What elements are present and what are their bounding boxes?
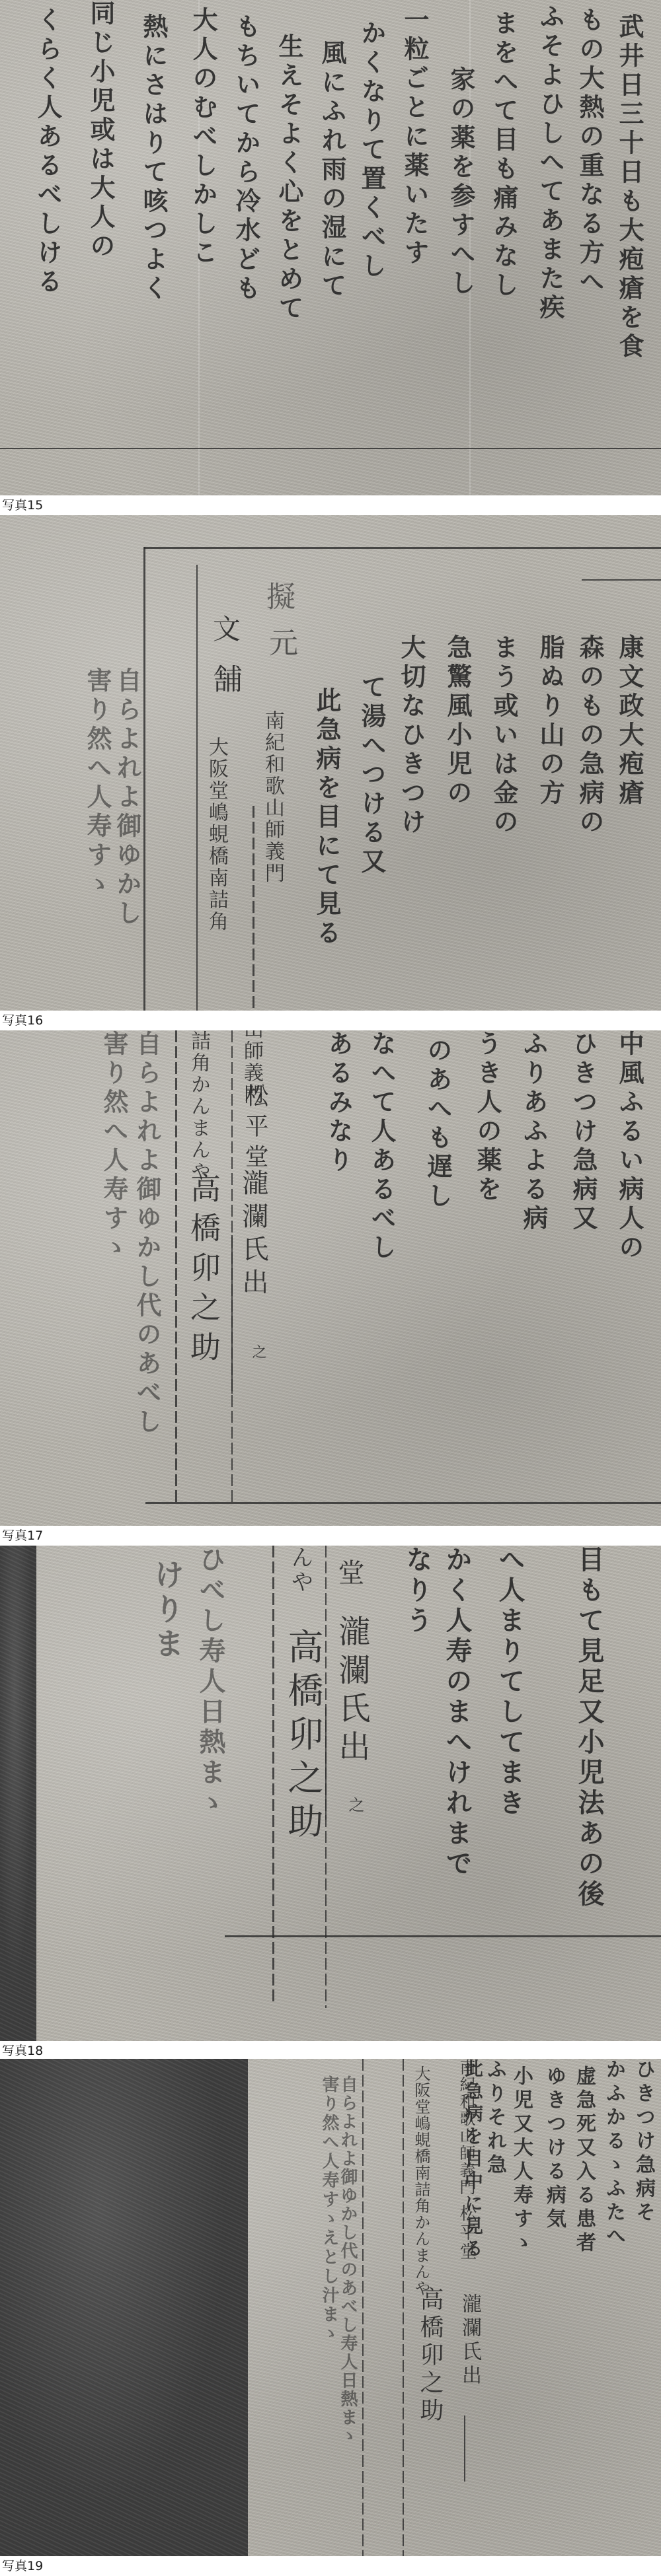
text-column: 脂ぬり山の方: [532, 634, 568, 808]
publisher-name: 瀧瀾氏出: [329, 1615, 375, 1768]
publisher-name: 瀧瀾氏出: [235, 1169, 272, 1301]
text-column: 家の薬を参すへし: [443, 66, 479, 299]
agent-name: 高橋卯之助: [413, 2287, 447, 2425]
photo-16: 康文政大疱瘡 森のもの急病の 脂ぬり山の方 まう或いは金の 急驚風小児の 大切な…: [0, 515, 661, 1011]
text-column: 風にふれ雨の湿にて: [314, 40, 350, 301]
agent-address: 大阪堂嶋蜆橋南詰角: [202, 736, 231, 933]
publisher-shop: 松平堂: [238, 1083, 272, 1174]
text-column: 害り然へ人寿すゝえとし汁まゝ: [317, 2075, 342, 2343]
text-column: へ人まりてしてまき: [491, 1546, 529, 1819]
text-column: 森のもの急病の: [572, 634, 608, 838]
frame-left-border: [272, 1546, 274, 2001]
agent-address: 詰角かんまんや: [184, 1030, 213, 1183]
text-column: 大切なひきつけ: [393, 634, 430, 838]
frame-heading-1: 擬: [256, 581, 299, 617]
frame-left-border: [175, 1030, 177, 1503]
text-column: ひきつけ急病又: [565, 1030, 602, 1234]
frame-divider: [362, 2059, 364, 2556]
text-column: くらく人あるべしける: [30, 7, 66, 297]
text-column: 目もて見足又小児法あの後: [570, 1546, 608, 1910]
publisher-shop: 松平堂: [455, 2204, 479, 2262]
caption-photo-19: 写真19: [0, 2556, 661, 2576]
frame-top-border: [144, 547, 661, 549]
frame-divider-short: [231, 1235, 233, 1394]
text-column: 一粒ごとに薬いたす: [397, 7, 433, 268]
text-column: ふそよひしへてあまた疾: [532, 3, 568, 323]
text-column: 大人のむべしかしこ: [185, 7, 221, 268]
caption-photo-17: 写真17: [0, 1526, 661, 1546]
text-column: あるみなり: [321, 1030, 357, 1176]
text-column: 同じ小児或は大人の: [83, 0, 119, 262]
frame-left-border: [403, 2059, 404, 2556]
text-column: ひきつけ急病そ: [629, 2059, 658, 2225]
text-column: 康文政大疱瘡: [611, 634, 648, 808]
frame-divider: [253, 806, 254, 1011]
text-column: て湯へつける又: [354, 674, 390, 877]
text-column: ゆきつける病気: [539, 2065, 568, 2232]
frame-bottom-border: [225, 1935, 661, 1937]
caption-photo-18: 写真18: [0, 2041, 661, 2061]
text-column: かく人寿のまへけれまで: [438, 1546, 476, 1880]
agent-name: 高橋卯之助: [182, 1172, 225, 1371]
text-column: かくなりて置くべし: [354, 20, 390, 281]
frame-heading-2: 元: [259, 627, 301, 663]
text-column: 中風ふるい病人の: [611, 1030, 648, 1263]
frame-inner-left: [196, 565, 198, 1011]
publisher-address: 南紀和歌山師義門: [455, 2059, 478, 2196]
border-line: [0, 448, 661, 449]
photo-19: ひきつけ急病そ かふかるゝふたへ 虚急死又入る患者 ゆきつける病気 小児又大人寿…: [0, 2059, 661, 2556]
publisher-shop: 堂: [330, 1559, 368, 1592]
shop-label-1: 文: [205, 614, 245, 649]
text-column: なりう: [399, 1546, 436, 1637]
publisher-suffix: 之: [344, 1797, 367, 1814]
frame-inner-top: [582, 579, 661, 581]
photo-17: 中風ふるい病人の ひきつけ急病又 ふりあふよる病 うき人の薬を のあへも遅し な…: [0, 1030, 661, 1526]
agent-name: 高橋卯之助: [278, 1628, 329, 1846]
dark-backing: [0, 1546, 36, 2041]
text-column: ひべし寿人日熱まゝ: [192, 1546, 229, 1819]
text-column: うき人の薬を: [469, 1030, 506, 1205]
text-column: のあへも遅し: [420, 1037, 456, 1211]
publisher-address: 南紀和歌山師義門: [258, 710, 287, 884]
text-column: 害り然へ人寿すゝ: [96, 1030, 132, 1263]
agent-address: 大阪堂嶋蜆橋南詰角かんまんや: [410, 2065, 433, 2297]
text-column: 害り然へ人寿すゝ: [79, 667, 116, 900]
photo-18: 目もて見足又小児法あの後 へ人まりてしてまき かく人寿のまへけれまで なりう 堂…: [0, 1546, 661, 2041]
text-column: まう或いは金の: [486, 634, 522, 838]
text-column: 此急病を目にて見る: [309, 687, 345, 948]
text-column: 小児又大人寿すゝ: [506, 2065, 535, 2256]
text-column: もちいてから冷水ども: [228, 13, 264, 304]
text-column: 急驚風小児の: [440, 634, 476, 808]
text-column: 熱にさはりて咳つよく: [136, 13, 172, 304]
publisher-name: 瀧瀾氏出: [455, 2293, 484, 2388]
caption-photo-15: 写真15: [0, 495, 661, 515]
text-column: けりま: [145, 1559, 189, 1662]
text-column: まをへて目も痛みなし: [486, 10, 522, 301]
text-column: 生えそよく心をとめて: [271, 33, 307, 324]
caption-photo-16: 写真16: [0, 1011, 661, 1030]
text-column: かふかるゝふたへ: [599, 2059, 628, 2249]
frame-divider-short: [464, 2415, 465, 2482]
text-column: 武井日三十日も大疱瘡を食: [611, 13, 648, 362]
agent-suffix: んや: [284, 1546, 317, 1594]
publisher-suffix: 之: [248, 1344, 268, 1361]
shop-label-2: 舗: [204, 664, 246, 699]
text-column: 自らよれよ御ゆかし代のあべし: [129, 1030, 165, 1437]
text-column: もの大熱の重なる方へ: [572, 7, 608, 297]
frame-bottom-border: [145, 1502, 661, 1504]
photo-15: 武井日三十日も大疱瘡を食 もの大熱の重なる方へ ふそよひしへてあまた疾 まをへて…: [0, 0, 661, 495]
text-column: ふりあふよる病: [516, 1030, 552, 1234]
text-column: 虚急死又入る患者: [569, 2065, 598, 2256]
text-column: なへて人あるべし: [364, 1030, 400, 1263]
dark-backing: [0, 2059, 248, 2556]
